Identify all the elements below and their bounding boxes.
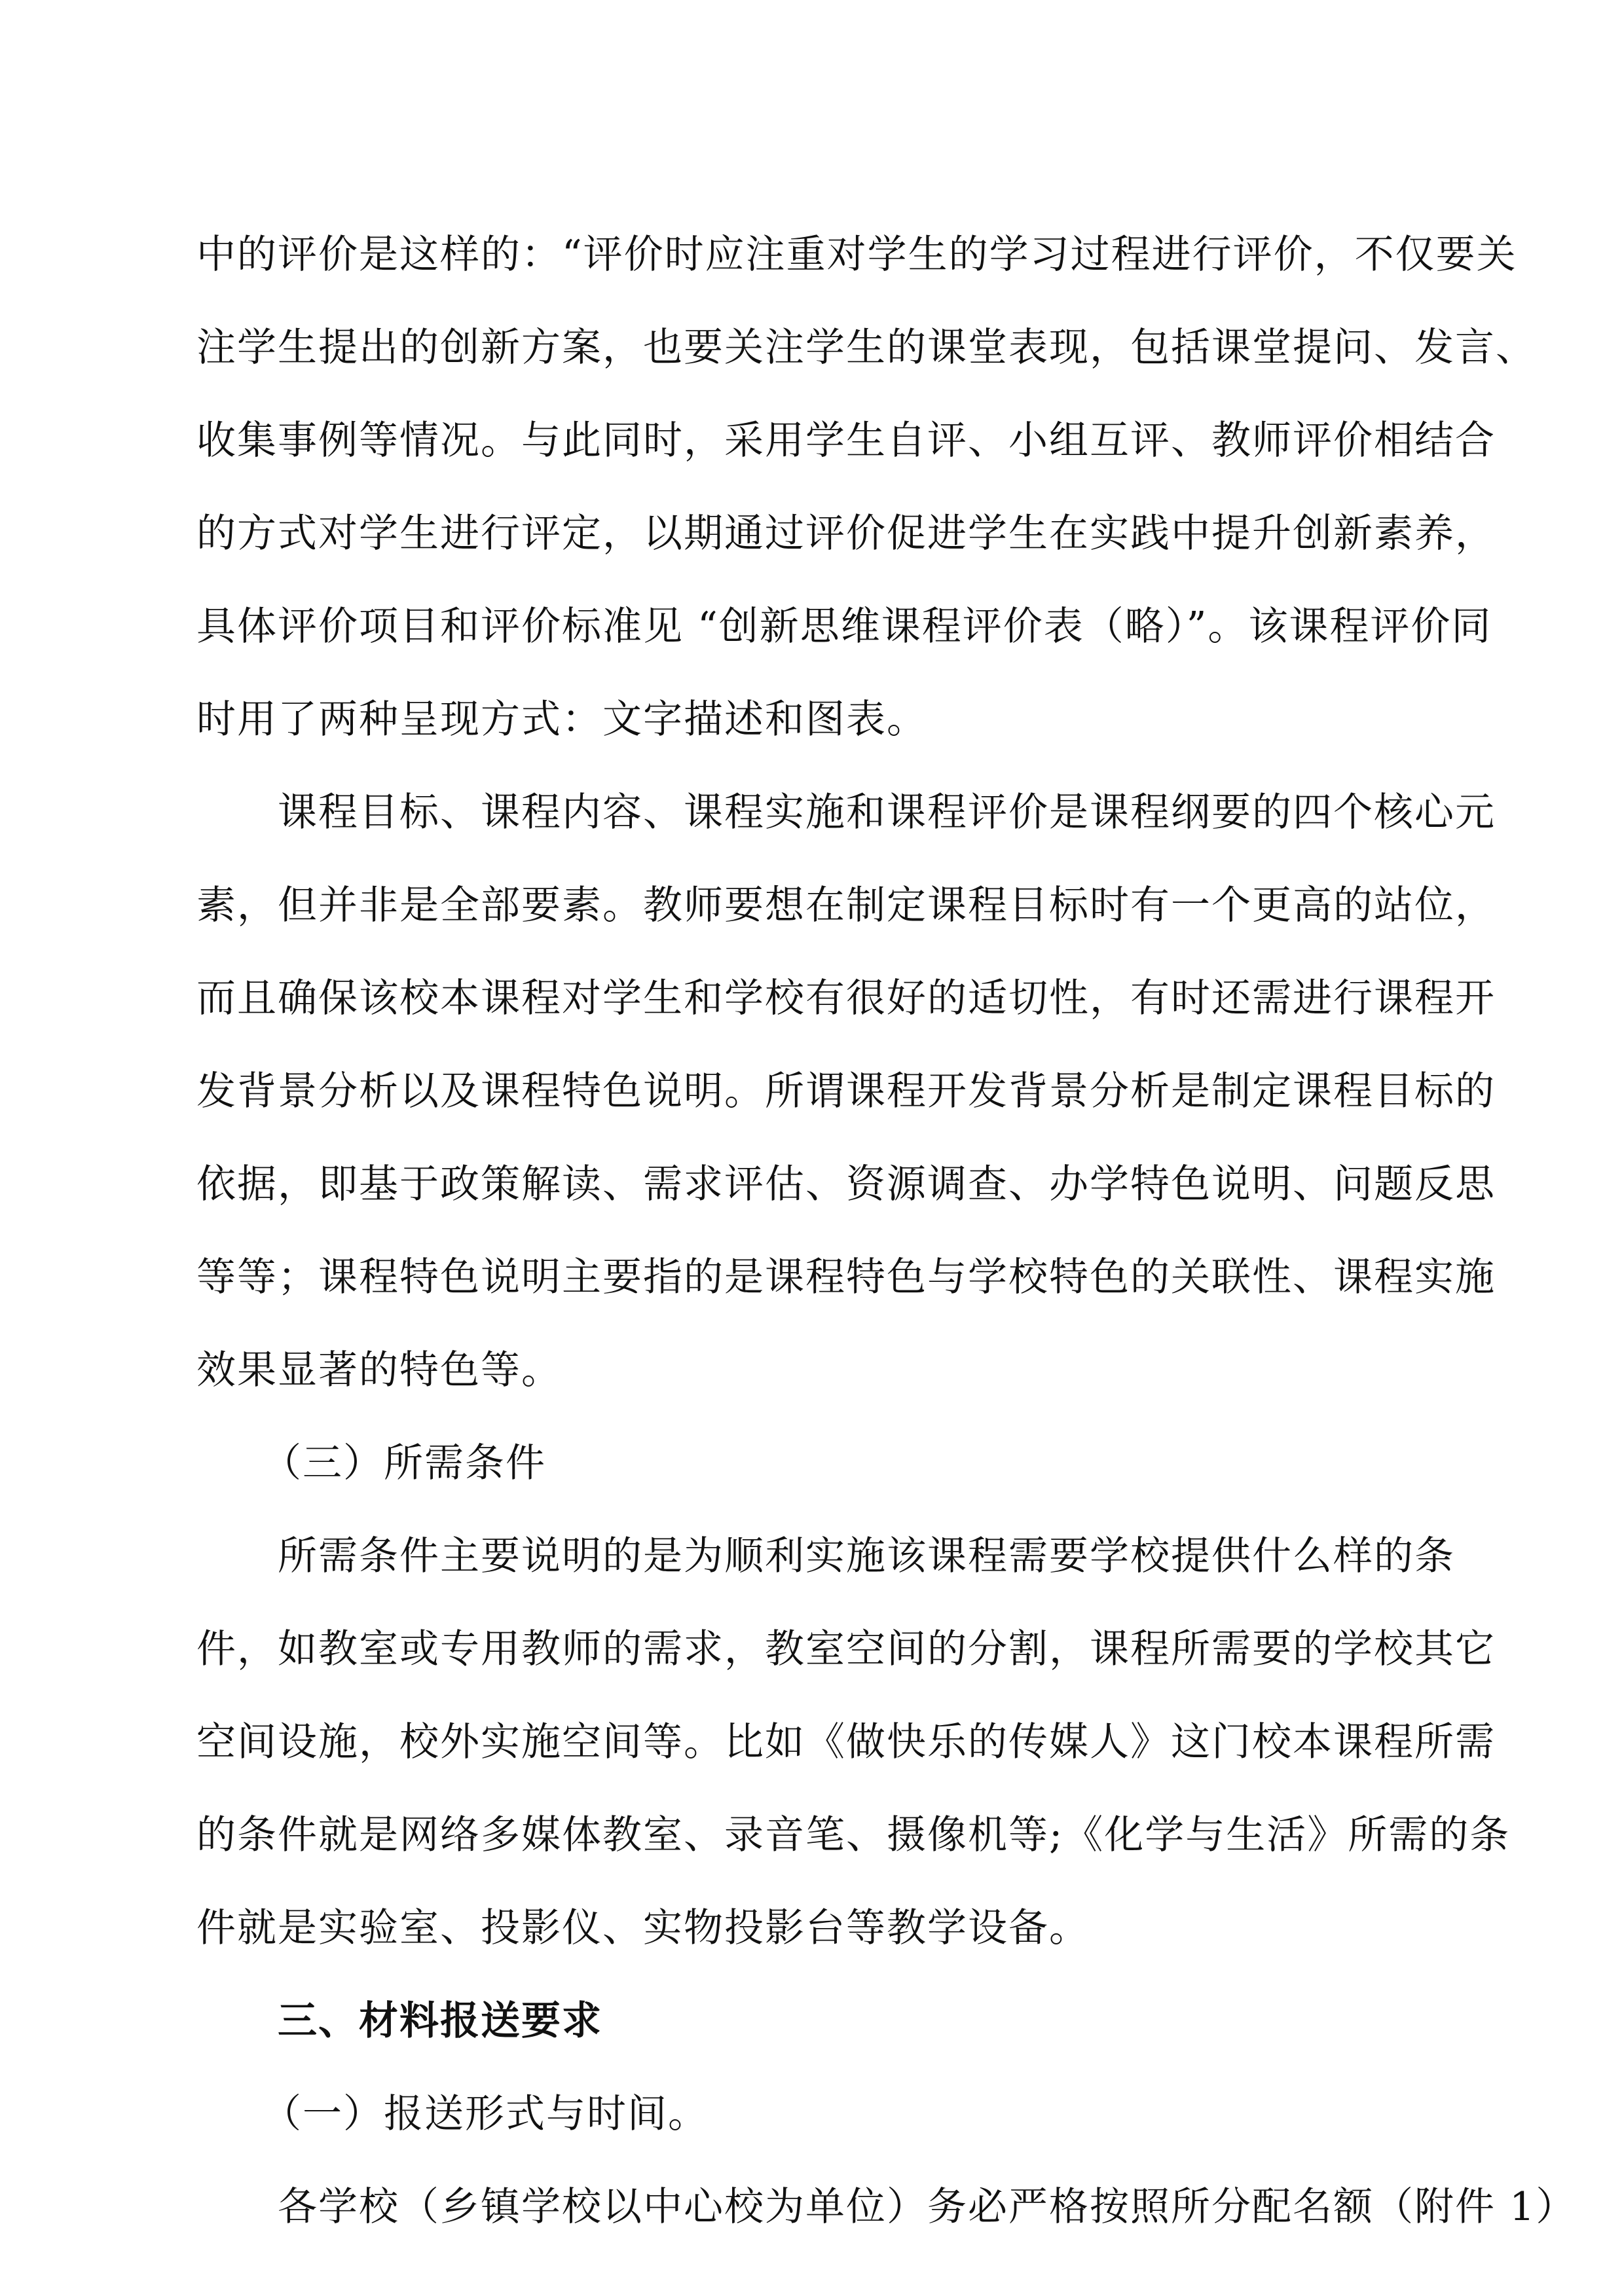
- text-line: 注学生提出的创新方案，也要关注学生的课堂表现，包括课堂提问、发言、: [196, 301, 1434, 394]
- subheading-format-time: （一）报送形式与时间。: [196, 2068, 1434, 2160]
- text-line: 中的评价是这样的：“评价时应注重对学生的学习过程进行评价，不仅要关: [196, 208, 1434, 301]
- text-line: 所需条件主要说明的是为顺利实施该课程需要学校提供什么样的条: [196, 1510, 1434, 1603]
- paragraph-submission: 各学校（乡镇学校以中心校为单位）务必严格按照所分配名额（附件 1）: [196, 2160, 1434, 2253]
- text-line: 的条件就是网络多媒体教室、录音笔、摄像机等;《化学与生活》所需的条: [196, 1789, 1434, 1882]
- text-line: 效果显著的特色等。: [196, 1324, 1434, 1417]
- text-line: 空间设施，校外实施空间等。比如《做快乐的传媒人》这门校本课程所需: [196, 1696, 1434, 1789]
- text-line: 收集事例等情况。与此同时，采用学生自评、小组互评、教师评价相结合: [196, 394, 1434, 487]
- text-line: 等等；课程特色说明主要指的是课程特色与学校特色的关联性、课程实施: [196, 1231, 1434, 1324]
- text-line: 件就是实验室、投影仪、实物投影台等教学设备。: [196, 1882, 1434, 1975]
- heading-required-conditions: （三）所需条件: [196, 1417, 1434, 1510]
- text-line: 时用了两种呈现方式：文字描述和图表。: [196, 673, 1434, 766]
- paragraph-evaluation: 中的评价是这样的：“评价时应注重对学生的学习过程进行评价，不仅要关 注学生提出的…: [196, 208, 1434, 766]
- text-line: 课程目标、课程内容、课程实施和课程评价是课程纲要的四个核心元: [196, 766, 1434, 859]
- text-line: 而且确保该校本课程对学生和学校有很好的适切性，有时还需进行课程开: [196, 952, 1434, 1045]
- paragraph-required-conditions: 所需条件主要说明的是为顺利实施该课程需要学校提供什么样的条 件，如教室或专用教师…: [196, 1510, 1434, 1975]
- text-line: 各学校（乡镇学校以中心校为单位）务必严格按照所分配名额（附件 1）: [196, 2160, 1434, 2253]
- text-line: 的方式对学生进行评定，以期通过评价促进学生在实践中提升创新素养，: [196, 487, 1434, 580]
- text-line: 具体评价项目和评价标准见 “创新思维课程评价表（略）”。该课程评价同: [196, 580, 1434, 673]
- text-line: 依据，即基于政策解读、需求评估、资源调查、办学特色说明、问题反思: [196, 1138, 1434, 1231]
- text-line: 发背景分析以及课程特色说明。所谓课程开发背景分析是制定课程目标的: [196, 1045, 1434, 1138]
- text-line: 素，但并非是全部要素。教师要想在制定课程目标时有一个更高的站位，: [196, 859, 1434, 952]
- text-line: 件，如教室或专用教师的需求，教室空间的分割，课程所需要的学校其它: [196, 1603, 1434, 1696]
- paragraph-core-elements: 课程目标、课程内容、课程实施和课程评价是课程纲要的四个核心元 素，但并非是全部要…: [196, 766, 1434, 1417]
- document-page: 中的评价是这样的：“评价时应注重对学生的学习过程进行评价，不仅要关 注学生提出的…: [196, 208, 1434, 2253]
- section-heading-submission: 三、材料报送要求: [196, 1975, 1434, 2068]
